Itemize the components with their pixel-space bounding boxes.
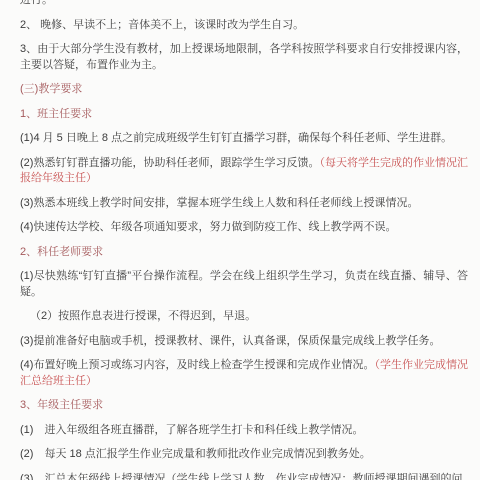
- grade-director-item-1-text-0: (1) 进入年级组各班直播群，了解各班学生打卡和科任线上教学情况。: [20, 424, 363, 436]
- subheading-head-teacher-requirements: 1、班主任要求: [20, 107, 468, 123]
- head-teacher-item-4: (4)快速传达学校、年级各项通知要求，努力做到防疫工作、线上教学两不误。: [20, 220, 468, 236]
- grade-director-item-2-text-0: (2) 每天 18 点汇报学生作业完成量和教师批改作业完成情况到教务处。: [20, 448, 371, 460]
- grade-director-item-1: (1) 进入年级组各班直播群，了解各班学生打卡和科任线上教学情况。: [20, 423, 468, 439]
- clipped-top-line: 进行。: [20, 0, 468, 9]
- subject-teacher-item-1-text-0: (1)尽快熟练“钉钉直播”平台操作流程。学会在线上组织学生学习，负责在线直播、辅…: [20, 270, 468, 298]
- subject-teacher-item-3-text-0: (3)提前准备好电脑或手机，授课教材、课件，认真备课，保质保量完成线上教学任务。: [20, 335, 440, 347]
- general-item-2: 2、 晚修、早读不上；音体美不上，该课时改为学生自习。: [20, 18, 468, 34]
- general-item-2-text-0: 2、 晚修、早读不上；音体美不上，该课时改为学生自习。: [20, 19, 304, 31]
- grade-director-item-2: (2) 每天 18 点汇报学生作业完成量和教师批改作业完成情况到教务处。: [20, 447, 468, 463]
- section-heading-teaching-requirements: (三)教学要求: [20, 82, 468, 98]
- subheading-grade-director-requirements-text-0: 3、年级主任要求: [20, 399, 103, 411]
- head-teacher-item-3-text-0: (3)熟悉本班线上教学时间安排，掌握本班学生线上人数和科任老师线上授课情况。: [20, 197, 418, 209]
- subject-teacher-item-1: (1)尽快熟练“钉钉直播”平台操作流程。学会在线上组织学生学习，负责在线直播、辅…: [20, 269, 468, 300]
- subject-teacher-item-4: (4)布置好晚上预习或练习内容，及时线上检查学生授课和完成作业情况。（学生作业完…: [20, 358, 468, 389]
- subheading-subject-teacher-requirements: 2、科任老师要求: [20, 245, 468, 261]
- subject-teacher-item-4-text-0: (4)布置好晚上预习或练习内容，及时线上检查学生授课和完成作业情况。: [20, 359, 374, 371]
- general-item-3: 3、由于大部分学生没有教材，加上授课场地限制，各学科按照学科要求自行安排授课内容…: [20, 42, 468, 73]
- subject-teacher-item-2-text-0: （2）按照作息表进行授课，不得迟到，早退。: [30, 310, 256, 322]
- clipped-top-line-text-0: 进行。: [20, 0, 53, 6]
- head-teacher-item-1-text-0: (1)4 月 5 日晚上 8 点之前完成班级学生钉钉直播学习群，确保每个科任老师…: [20, 132, 452, 144]
- section-heading-teaching-requirements-text-0: (三)教学要求: [20, 83, 82, 95]
- general-item-3-text-0: 3、由于大部分学生没有教材，加上授课场地限制，各学科按照学科要求自行安排授课内容…: [20, 43, 468, 71]
- head-teacher-item-2: (2)熟悉钉钉群直播功能，协助科任老师，跟踪学生学习反馈。（每天将学生完成的作业…: [20, 156, 468, 187]
- subject-teacher-item-2: （2）按照作息表进行授课，不得迟到，早退。: [20, 309, 468, 325]
- subheading-subject-teacher-requirements-text-0: 2、科任老师要求: [20, 246, 103, 258]
- document-page: 进行。2、 晚修、早读不上；音体美不上，该课时改为学生自习。3、由于大部分学生没…: [0, 0, 480, 480]
- head-teacher-item-1: (1)4 月 5 日晚上 8 点之前完成班级学生钉钉直播学习群，确保每个科任老师…: [20, 131, 468, 147]
- subheading-grade-director-requirements: 3、年级主任要求: [20, 398, 468, 414]
- subheading-head-teacher-requirements-text-0: 1、班主任要求: [20, 108, 92, 120]
- grade-director-item-3-text-0: (3) 汇总本年级线上授课情况（学生线上学习人数，作业完成情况；教师授课期间遇到…: [20, 473, 462, 480]
- head-teacher-item-2-text-0: (2)熟悉钉钉群直播功能，协助科任老师，跟踪学生学习反馈。: [20, 157, 319, 169]
- head-teacher-item-3: (3)熟悉本班线上教学时间安排，掌握本班学生线上人数和科任老师线上授课情况。: [20, 196, 468, 212]
- subject-teacher-item-3: (3)提前准备好电脑或手机，授课教材、课件，认真备课，保质保量完成线上教学任务。: [20, 334, 468, 350]
- head-teacher-item-4-text-0: (4)快速传达学校、年级各项通知要求，努力做到防疫工作、线上教学两不误。: [20, 221, 396, 233]
- grade-director-item-3: (3) 汇总本年级线上授课情况（学生线上学习人数，作业完成情况；教师授课期间遇到…: [20, 472, 468, 480]
